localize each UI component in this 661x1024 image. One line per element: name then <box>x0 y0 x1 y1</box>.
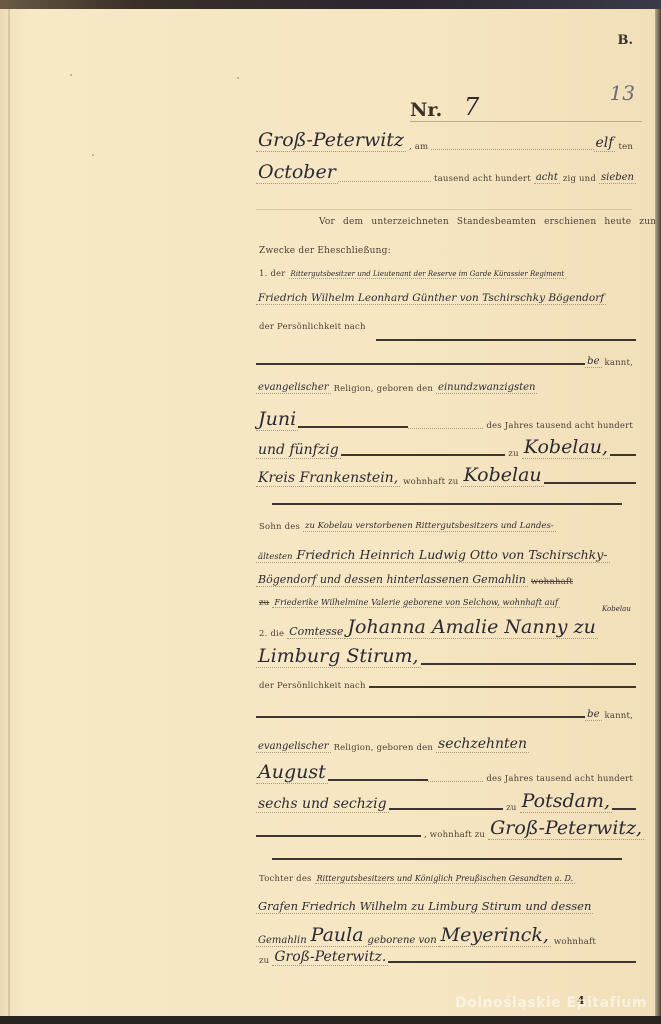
groom-mother-residence-note: Kobelau <box>600 605 640 613</box>
section-divider <box>272 858 622 860</box>
bride-mother-residence-row: zu Groß-Peterwitz. <box>256 949 636 966</box>
bride-parents-row-2: Grafen Friedrich Wilhelm zu Limburg Stir… <box>256 899 636 914</box>
paper-speck <box>92 154 94 156</box>
groom-known-row: be kannt, <box>256 356 636 368</box>
groom-residence-row: Kreis Frankenstein, wohnhaft zu Kobelau <box>256 464 636 487</box>
year-tens: acht <box>534 172 560 184</box>
groom-title: Rittergutsbesitzer und Lieutenant der Re… <box>289 270 567 279</box>
bride-birthplace: Potsdam, <box>520 790 612 813</box>
bride-mother-first: Paula <box>309 924 366 947</box>
register-page: B. 13 Nr. 7 Groß-Peterwitz , am elf ten … <box>0 9 655 1016</box>
bride-residence: Groß-Peterwitz, <box>488 817 644 840</box>
am-label: , am <box>406 142 431 152</box>
day: elf <box>594 135 616 152</box>
bride-known-row: be kannt, <box>256 709 636 721</box>
month: October <box>256 161 338 184</box>
ruled-line <box>256 209 632 210</box>
bride-birth-day: sechzehnten <box>436 736 529 753</box>
month-year-row: October tausend acht hundert acht zig un… <box>256 161 636 184</box>
entry-number: 7 <box>464 93 479 121</box>
place-date-row: Groß-Peterwitz , am elf ten <box>256 129 636 152</box>
bride-parents-row-1: Tochter des Rittergutsbesitzers und Köni… <box>256 874 636 884</box>
groom-birth-year-row: und fünfzig zu Kobelau, <box>256 436 636 459</box>
groom-mother-row: zu Friederike Wilhelmine Valerie geboren… <box>256 597 636 608</box>
bride-father: Grafen Friedrich Wilhelm zu Limburg Stir… <box>256 899 593 914</box>
binding-line <box>8 9 10 1016</box>
archive-watermark: Dolnośląskie Epitafium <box>455 995 647 1011</box>
groom-religion-row: evangelischer Religion, geboren den einu… <box>256 382 636 394</box>
groom-index: 1. der <box>256 269 289 279</box>
form-letter: B. <box>617 33 633 48</box>
groom-mother: Friederike Wilhelmine Valerie geborene v… <box>272 597 560 608</box>
year-prefix: tausend acht hundert <box>431 174 534 184</box>
entry-number-line <box>410 101 642 122</box>
bride-mother-row: Gemahlin Paula geborene von Meyerinck, w… <box>256 924 636 947</box>
groom-birth-day: einundzwanzigsten <box>436 382 537 394</box>
entry-number-label: Nr. <box>410 99 442 121</box>
scan-right-edge <box>655 9 661 1016</box>
bride-birth-month-row: August des Jahres tausend acht hundert <box>256 761 636 784</box>
groom-father: Friedrich Heinrich Ludwig Otto von Tschi… <box>295 547 610 563</box>
groom-district: Kreis Frankenstein, <box>256 470 400 487</box>
groom-birthplace: Kobelau, <box>522 436 610 459</box>
zig-label: zig und <box>560 174 599 184</box>
bride-title: Comtesse <box>287 625 345 639</box>
bride-name-row-1: 2. die Comtesse Johanna Amalie Nanny zu <box>256 616 636 639</box>
bride-name-row-2: Limburg Stirum, <box>256 645 636 668</box>
groom-name-row: Friedrich Wilhelm Leonhard Günther von T… <box>256 292 636 305</box>
bride-birth-year: sechs und sechzig <box>256 796 389 813</box>
groom-birth-month: Juni <box>256 408 298 431</box>
bride-religion-row: evangelischer Religion, geboren den sech… <box>256 736 636 753</box>
groom-parents-row-1: Sohn des zu Kobelau verstorbenen Ritterg… <box>256 521 636 532</box>
groom-identity-row: der Persönlichkeit nach <box>256 322 636 332</box>
paper-speck <box>70 74 72 76</box>
groom-religion: evangelischer <box>256 382 331 394</box>
scan-top-edge <box>0 0 661 9</box>
groom-identity-fill-row <box>256 339 636 344</box>
place: Groß-Peterwitz <box>256 129 406 152</box>
day-suffix: ten <box>615 142 636 152</box>
groom-parents-row-3: Bögendorf und dessen hinterlassenen Gema… <box>256 573 636 587</box>
bride-name-1: Johanna Amalie Nanny zu <box>345 616 597 639</box>
bride-birth-month: August <box>256 761 328 784</box>
groom-residence: Kobelau <box>461 464 543 487</box>
intro-line-1: Vor dem unterzeichneten Standesbeamten e… <box>316 217 636 227</box>
groom-birth-year: und fünfzig <box>256 442 341 459</box>
bride-index: 2. die <box>256 629 287 639</box>
blank-line <box>256 363 585 365</box>
bride-religion: evangelischer <box>256 741 331 753</box>
bride-name-2: Limburg Stirum, <box>256 645 421 668</box>
groom-name: Friedrich Wilhelm Leonhard Günther von T… <box>256 292 606 305</box>
filler-line <box>431 148 593 150</box>
filler-line <box>338 180 431 182</box>
paper-speck <box>237 77 239 79</box>
bride-residence-row: , wohnhaft zu Groß-Peterwitz, <box>256 817 636 840</box>
groom-birth-month-row: Juni des Jahres tausend acht hundert <box>256 408 636 431</box>
bride-mother-family: Meyerinck, <box>439 924 551 947</box>
intro-line-2: Zwecke der Eheschließung: <box>256 246 636 256</box>
scan-bottom-edge <box>0 1016 661 1024</box>
groom-parents-row-2: ältesten Friedrich Heinrich Ludwig Otto … <box>256 547 636 563</box>
section-divider <box>272 503 622 505</box>
bride-birth-year-row: sechs und sechzig zu Potsdam, <box>256 790 636 813</box>
bride-identity-row: der Persönlichkeit nach <box>256 681 636 691</box>
groom-title-row: 1. der Rittergutsbesitzer und Lieutenant… <box>256 269 636 279</box>
bride-mother-residence: Groß-Peterwitz. <box>272 949 388 966</box>
year-units: sieben <box>599 172 636 184</box>
blank-line <box>376 339 636 341</box>
